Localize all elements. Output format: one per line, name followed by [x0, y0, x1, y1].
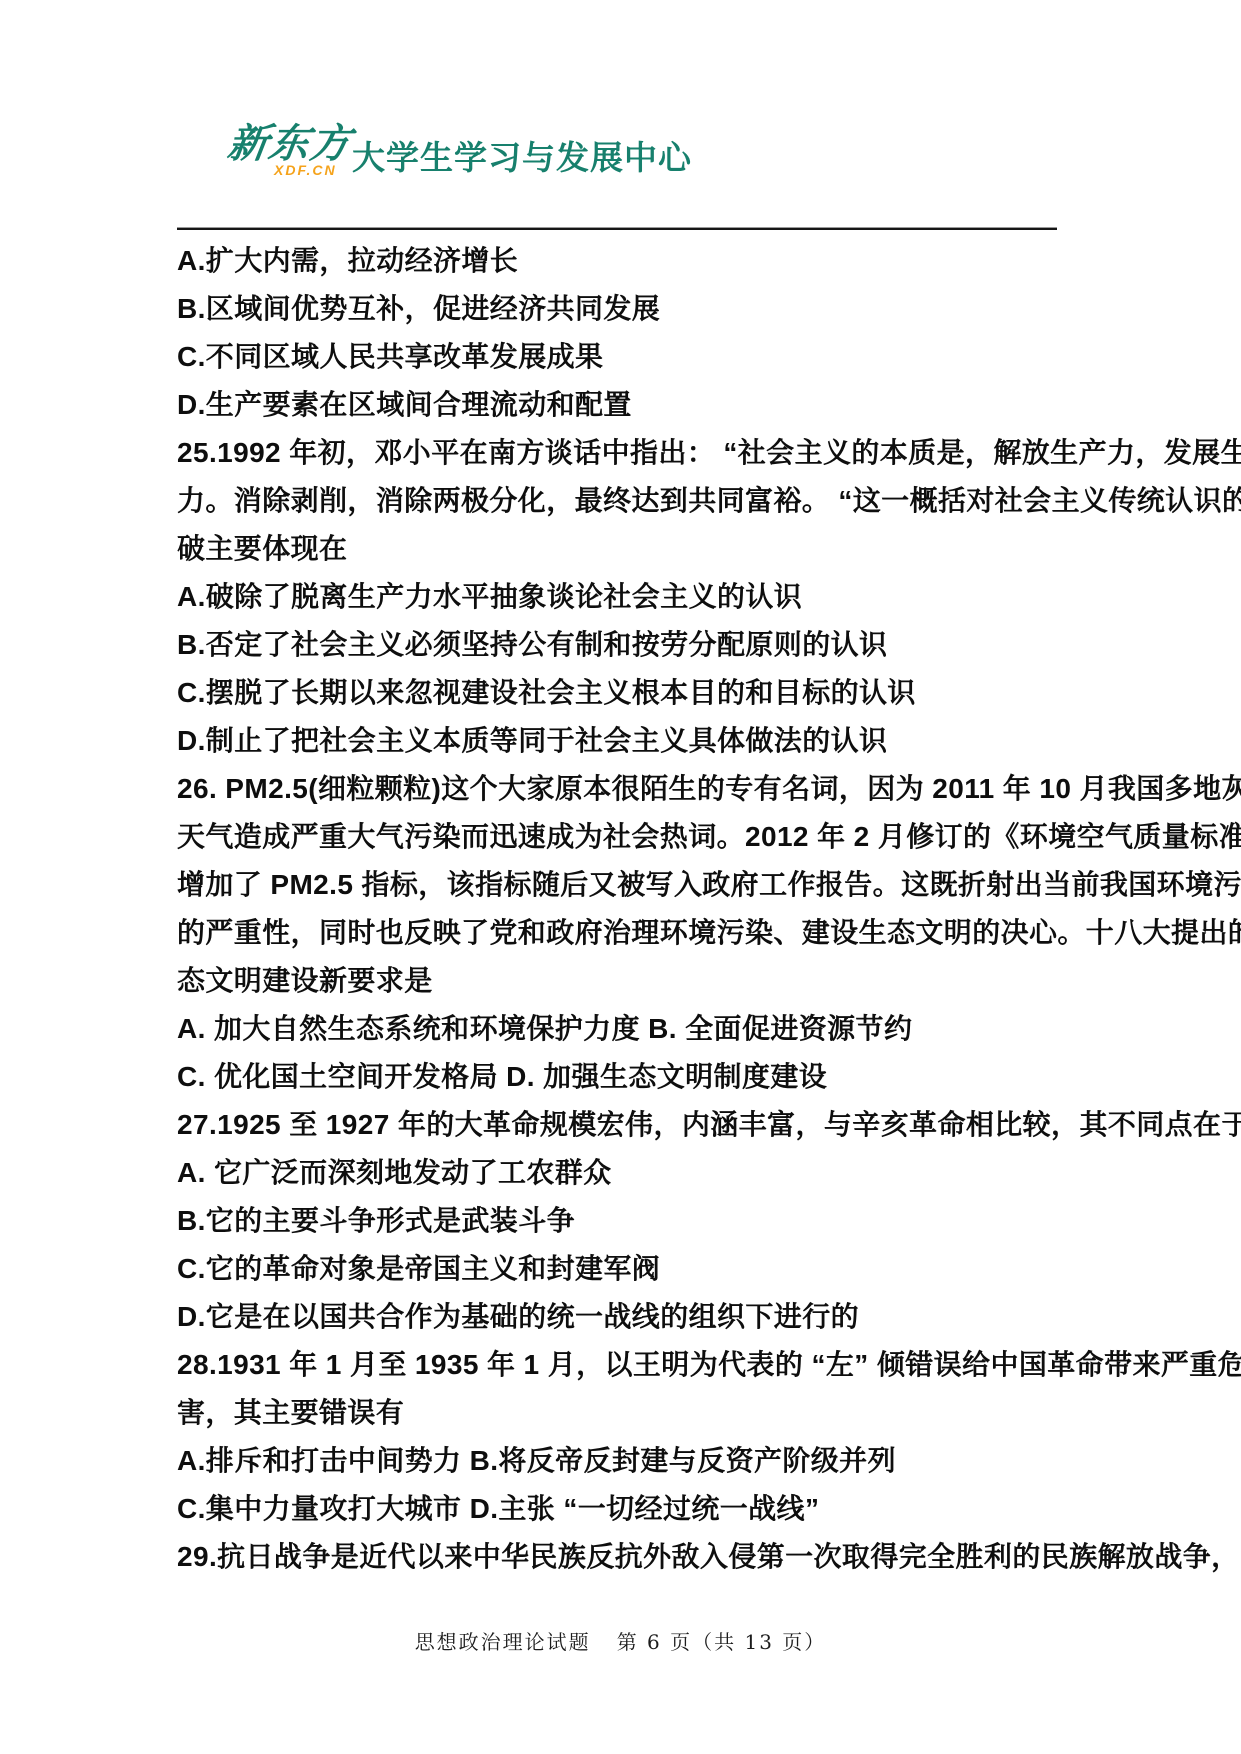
center-title: 大学生学习与发展中心 — [352, 132, 692, 179]
text-line-15: 的严重性，同时也反映了党和政府治理环境污染、建设生态文明的决心。十八大提出的生 — [177, 909, 1087, 957]
text-line-6: 力。消除剥削，消除两极分化，最终达到共同富裕。 “这一概括对社会主义传统认识的突 — [177, 477, 1087, 525]
text-line-5: 25.1992 年初，邓小平在南方谈话中指出： “社会主义的本质是，解放生产力，… — [177, 429, 1087, 477]
text-line-7: 破主要体现在 — [177, 525, 1087, 573]
text-line-25: 害，其主要错误有 — [177, 1389, 1087, 1437]
text-line-14: 增加了 PM2.5 指标，该指标随后又被写入政府工作报告。这既折射出当前我国环境… — [177, 861, 1087, 909]
text-line-27: C.集中力量攻打大城市 D.主张 “一切经过统一战线” — [177, 1485, 1087, 1533]
header-divider — [177, 227, 1057, 230]
text-line-26: A.排斥和打击中间势力 B.将反帝反封建与反资产阶级并列 — [177, 1437, 1087, 1485]
text-line-24: 28.1931 年 1 月至 1935 年 1 月，以王明为代表的 “左” 倾错… — [177, 1341, 1087, 1389]
exam-page: 新东方 XDF.CN 大学生学习与发展中心 A.扩大内需，拉动经济增长B.区域间… — [0, 0, 1241, 1754]
page-footer: 思想政治理论试题第 6 页（共 13 页） — [0, 1626, 1241, 1655]
text-line-1: A.扩大内需，拉动经济增长 — [177, 237, 1087, 285]
text-line-17: A. 加大自然生态系统和环境保护力度 B. 全面促进资源节约 — [177, 1005, 1087, 1053]
footer-page-info: 第 6 页（共 13 页） — [617, 1630, 827, 1654]
text-line-3: C.不同区域人民共享改革发展成果 — [177, 333, 1087, 381]
text-line-18: C. 优化国土空间开发格局 D. 加强生态文明制度建设 — [177, 1053, 1087, 1101]
text-line-4: D.生产要素在区域间合理流动和配置 — [177, 381, 1087, 429]
text-line-16: 态文明建设新要求是 — [177, 957, 1087, 1005]
text-line-22: C.它的革命对象是帝国主义和封建军阀 — [177, 1245, 1087, 1293]
text-line-12: 26. PM2.5(细粒颗粒)这个大家原本很陌生的专有名词，因为 2011 年 … — [177, 765, 1087, 813]
text-line-28: 29.抗日战争是近代以来中华民族反抗外敌入侵第一次取得完全胜利的民族解放战争，中… — [177, 1533, 1087, 1581]
exam-body-text: A.扩大内需，拉动经济增长B.区域间优势互补，促进经济共同发展C.不同区域人民共… — [177, 237, 1087, 1581]
text-line-11: D.制止了把社会主义本质等同于社会主义具体做法的认识 — [177, 717, 1087, 765]
footer-doc-label: 思想政治理论试题 — [415, 1630, 591, 1654]
text-line-19: 27.1925 至 1927 年的大革命规模宏伟，内涵丰富，与辛亥革命相比较，其… — [177, 1101, 1087, 1149]
text-line-20: A. 它广泛而深刻地发动了工农群众 — [177, 1149, 1087, 1197]
text-line-23: D.它是在以国共合作为基础的统一战线的组织下进行的 — [177, 1293, 1087, 1341]
text-line-13: 天气造成严重大气污染而迅速成为社会热词。2012 年 2 月修订的《环境空气质量… — [177, 813, 1087, 861]
text-line-8: A.破除了脱离生产力水平抽象谈论社会主义的认识 — [177, 573, 1087, 621]
text-line-9: B.否定了社会主义必须坚持公有制和按劳分配原则的认识 — [177, 621, 1087, 669]
text-line-2: B.区域间优势互补，促进经济共同发展 — [177, 285, 1087, 333]
xdf-logo: 新东方 XDF.CN — [228, 122, 351, 178]
xdf-logo-brand: 新东方 — [225, 122, 354, 166]
text-line-21: B.它的主要斗争形式是武装斗争 — [177, 1197, 1087, 1245]
text-line-10: C.摆脱了长期以来忽视建设社会主义根本目的和目标的认识 — [177, 669, 1087, 717]
